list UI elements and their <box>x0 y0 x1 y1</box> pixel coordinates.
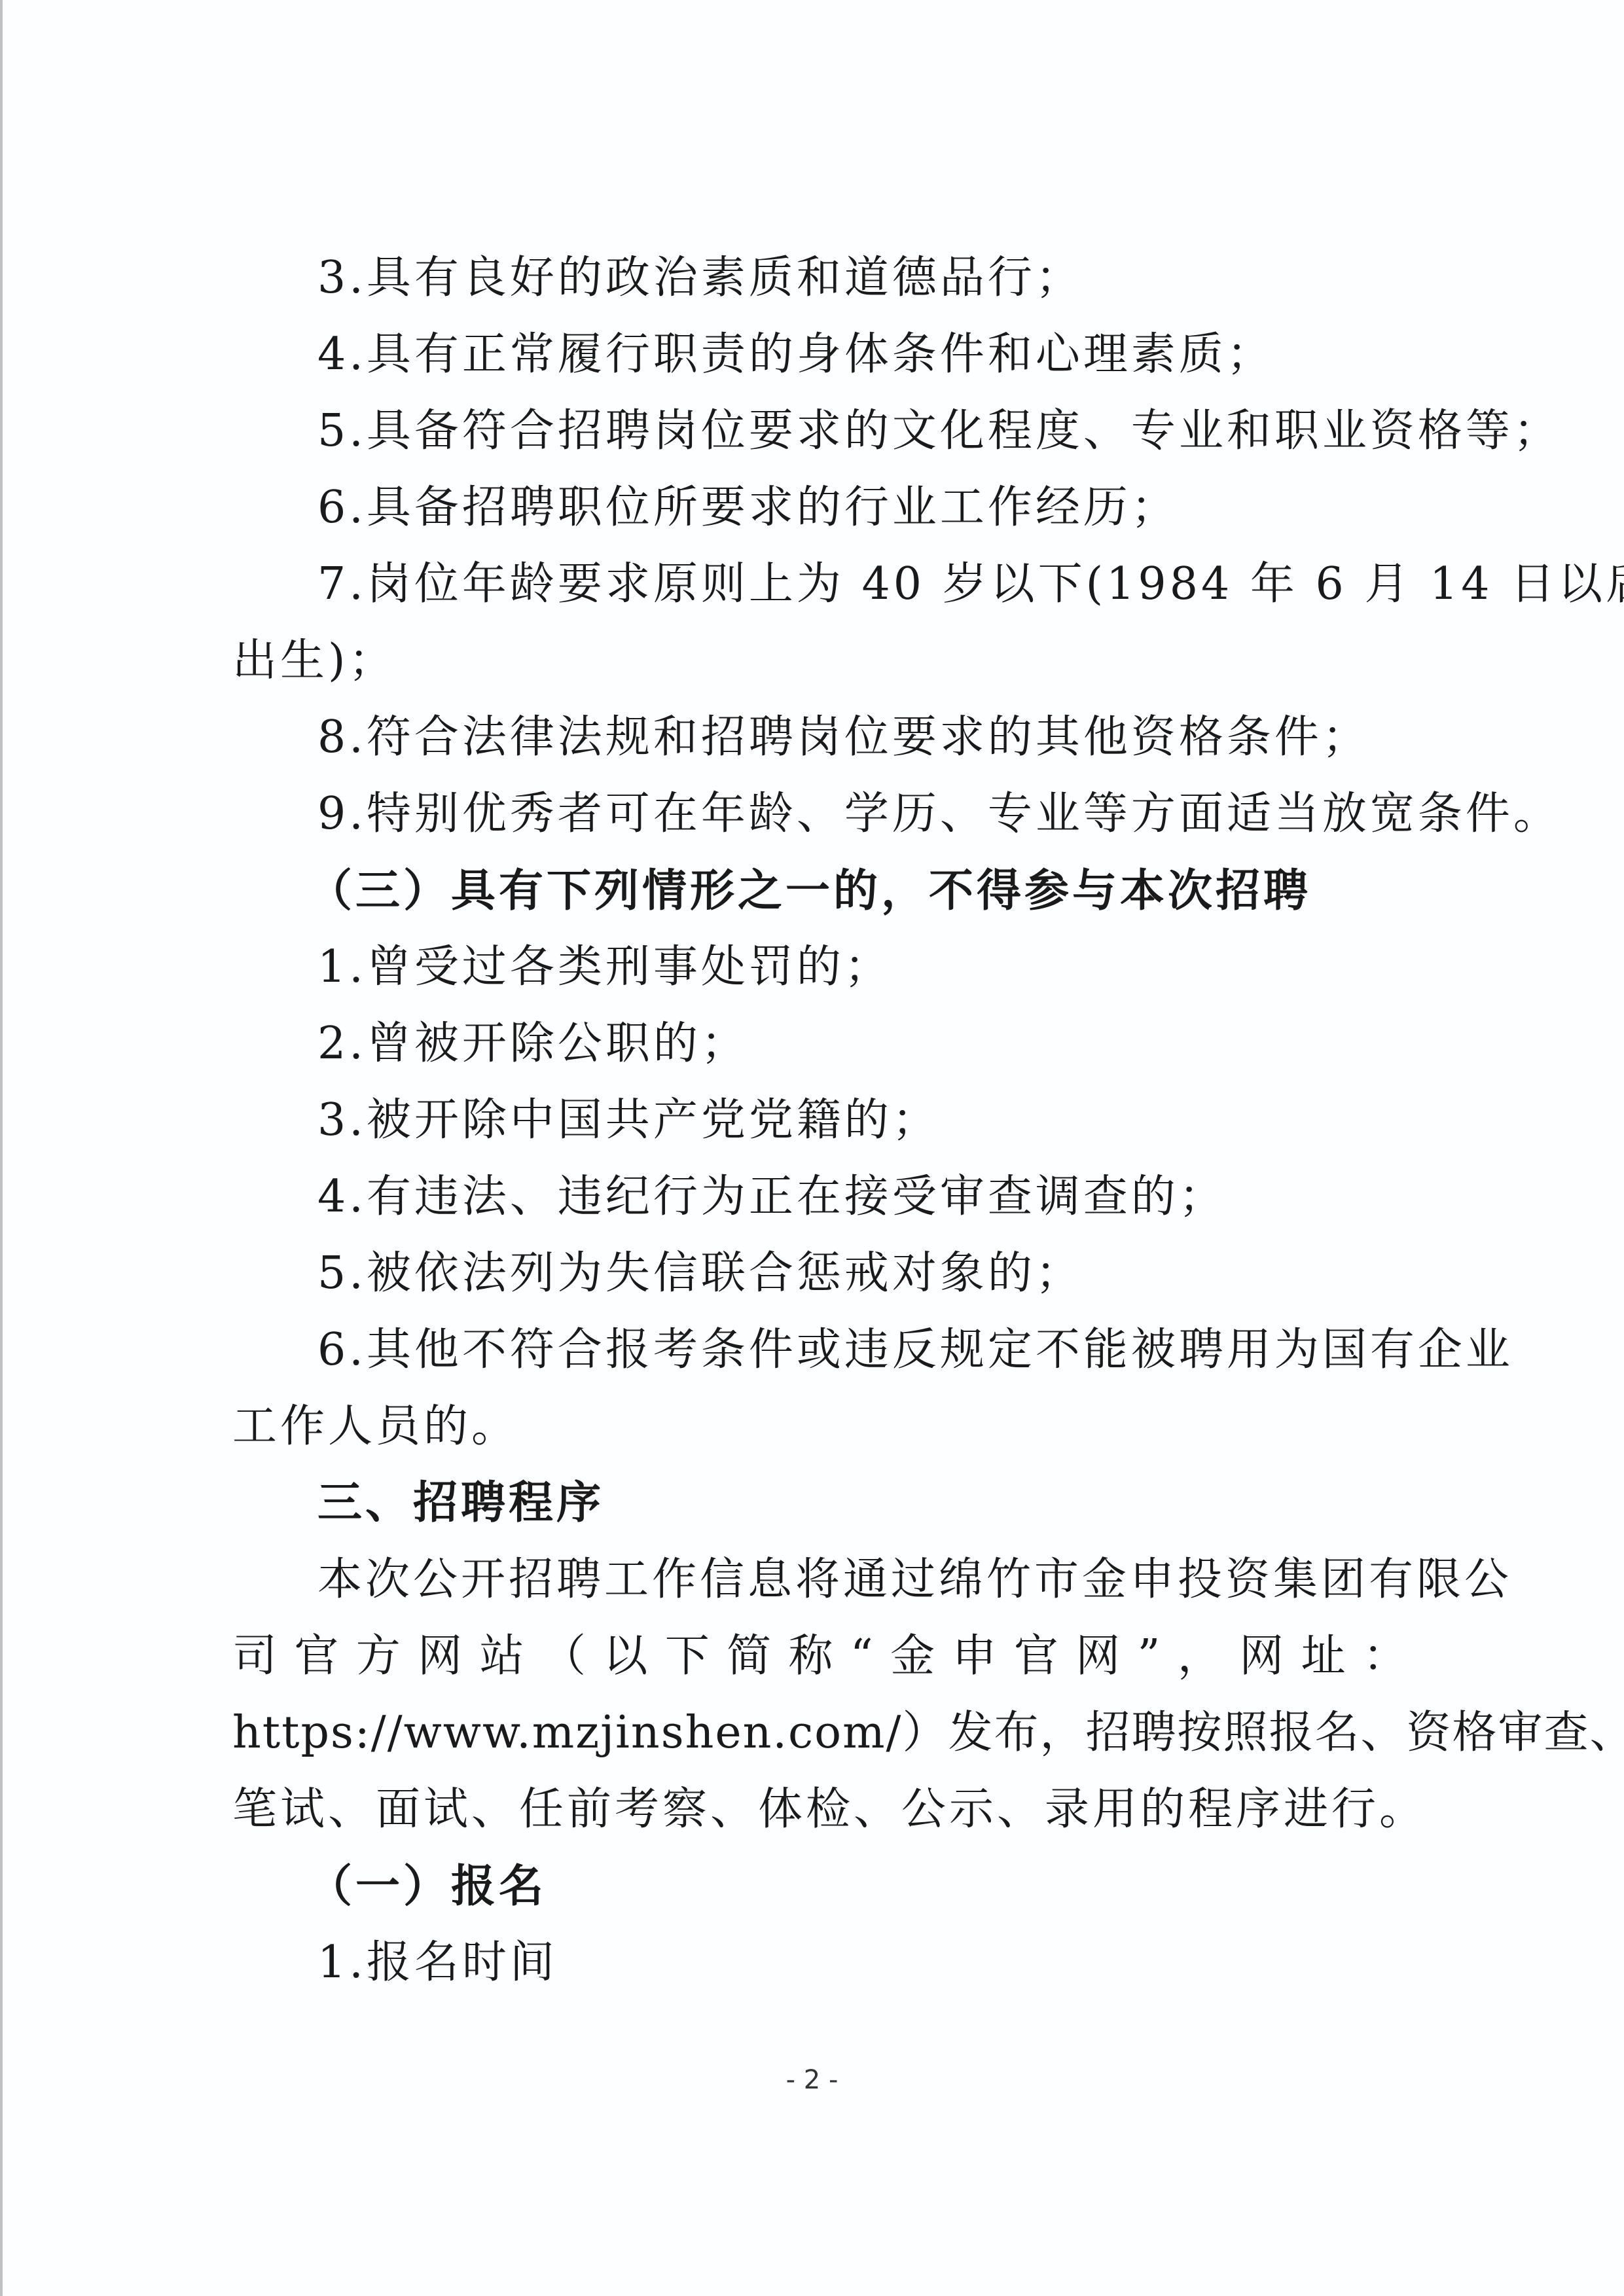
exclusion-item-6-line-2: 工作人员的。 <box>232 1391 1411 1463</box>
subsection-heading-registration: （一）报名 <box>308 1850 1401 1922</box>
requirement-item-5: 5.具备符合招聘岗位要求的文化程度、专业和职业资格等； <box>317 395 1411 467</box>
requirement-item-6: 6.具备招聘职位所要求的行业工作经历； <box>317 472 1411 544</box>
exclusion-item-4: 4.有违法、违纪行为正在接受审查调查的； <box>317 1161 1411 1233</box>
exclusion-item-1: 1.曾受过各类刑事处罚的； <box>317 931 1411 1003</box>
requirement-item-4: 4.具有正常履行职责的身体条件和心理素质； <box>317 319 1411 391</box>
procedure-paragraph-line-3[interactable]: https://www.mzjinshen.com/）发布，招聘按照报名、资格审… <box>232 1697 1411 1769</box>
exclusion-item-6-line-1: 6.其他不符合报考条件或违反规定不能被聘用为国有企业 <box>317 1314 1411 1386</box>
procedure-paragraph-line-4: 笔试、面试、任前考察、体检、公示、录用的程序进行。 <box>232 1774 1411 1846</box>
document-page: 3.具有良好的政治素质和道德品行； 4.具有正常履行职责的身体条件和心理素质； … <box>0 0 1624 2296</box>
registration-item-1: 1.报名时间 <box>317 1927 1411 1999</box>
requirement-item-7-line-1: 7.岗位年龄要求原则上为 40 岁以下(1984 年 6 月 14 日以后 <box>317 548 1411 620</box>
requirement-item-8: 8.符合法律法规和招聘岗位要求的其他资格条件； <box>317 702 1411 774</box>
page-number: - 2 - <box>0 2065 1624 2095</box>
exclusion-item-5: 5.被依法列为失信联合惩戒对象的； <box>317 1238 1411 1310</box>
section-heading-recruitment-procedure: 三、招聘程序 <box>317 1467 1411 1539</box>
procedure-paragraph-line-2: 司官方网站（以下简称“金申官网”，网址： <box>232 1621 1411 1693</box>
requirement-item-9: 9.特别优秀者可在年龄、学历、专业等方面适当放宽条件。 <box>317 778 1411 850</box>
exclusion-item-3: 3.被开除中国共产党党籍的； <box>317 1085 1411 1157</box>
subsection-heading-exclusions: （三）具有下列情形之一的，不得参与本次招聘 <box>308 855 1401 927</box>
exclusion-item-2: 2.曾被开除公职的； <box>317 1008 1411 1080</box>
scan-edge <box>0 0 3 2296</box>
procedure-paragraph-line-1: 本次公开招聘工作信息将通过绵竹市金申投资集团有限公 <box>317 1544 1411 1616</box>
requirement-item-3: 3.具有良好的政治素质和道德品行； <box>317 242 1411 314</box>
requirement-item-7-line-2: 出生)； <box>232 625 1411 697</box>
